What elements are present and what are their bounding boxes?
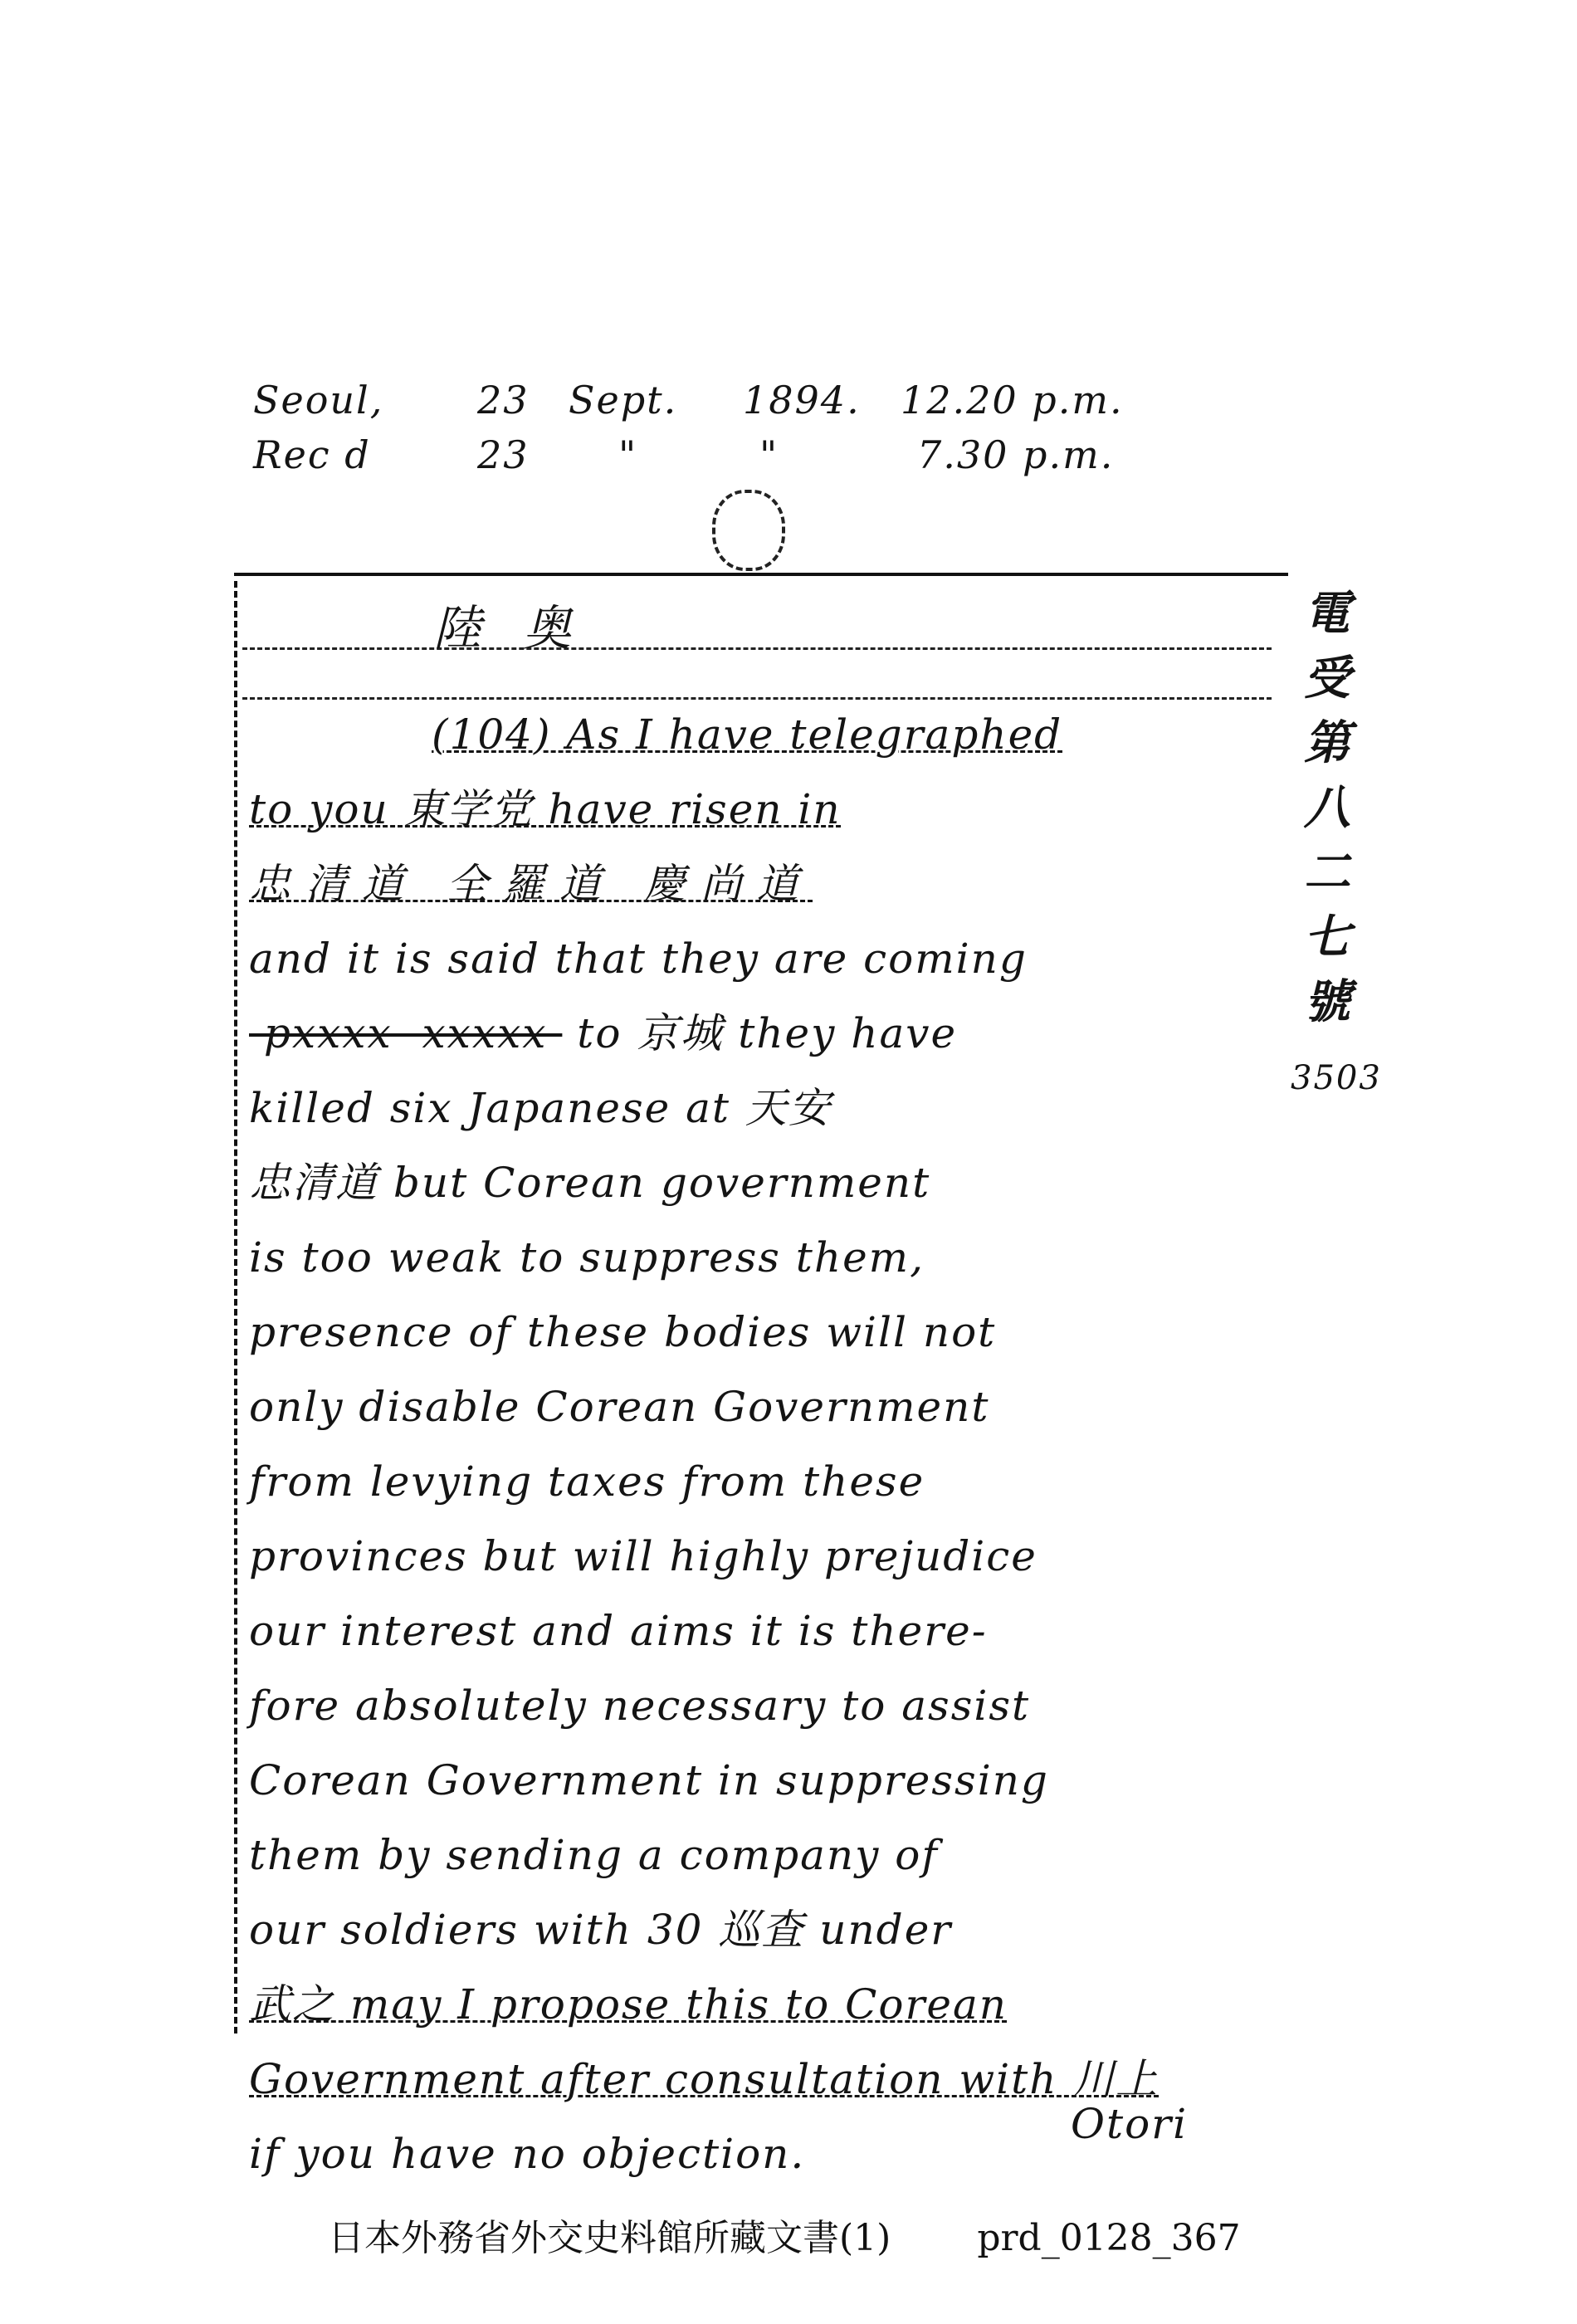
sent-month: Sept. [569,378,677,422]
received-ditto-year: " [759,432,779,477]
form-top-rule [234,573,1288,576]
sent-place: Seoul, [253,378,383,422]
body-line: from levying taxes from these [249,1444,1295,1519]
collection-name: 日本外務省外交史料館所藏文書(1) [328,2217,891,2259]
note-char: 八 [1299,775,1357,840]
body-line: 忠清道 but Corean government [249,1145,1295,1220]
body-line: 忠清道 全羅道 慶尚道 [249,847,1295,921]
form-left-rule [234,581,237,2033]
note-char: 號 [1299,969,1357,1034]
form-rule [242,647,1272,650]
sent-year: 1894. [743,378,861,422]
sent-time: 12.20 p.m. [901,378,1124,422]
note-char: 七 [1299,905,1357,969]
received-line: Rec d 23 " " 7.30 p.m. [253,432,1291,487]
note-char: 二 [1299,840,1357,905]
received-ditto-month: " [618,432,637,477]
body-line: presence of these bodies will not [249,1295,1295,1369]
body-line: to you 東学党 have risen in [249,772,1295,847]
received-day: 23 [477,432,530,477]
body-line: (104) As I have telegraphed [249,697,1295,772]
note-char: 電 [1299,581,1357,646]
received-label: Rec d [253,432,371,477]
right-margin-note: 電 受 第 八 二 七 號 3503 [1299,581,1357,1111]
note-char: 受 [1299,646,1357,710]
telegram-body: (104) As I have telegraphed to you 東学党 h… [249,697,1295,2191]
signature: Otori [1071,2100,1188,2148]
body-line: and it is said that they are coming [249,921,1295,996]
telegram-form: 陸奥 (104) As I have telegraphed to you 東学… [234,573,1288,2033]
body-line: them by sending a company of [249,1818,1295,1892]
telegram-header: Seoul, 23 Sept. 1894. 12.20 p.m. Rec d 2… [253,378,1291,487]
body-line: Corean Government in suppressing [249,1743,1295,1818]
body-line: 武之 may I propose this to Corean [249,1967,1295,2042]
seal-stamp-icon [712,490,785,571]
body-line: provinces but will highly prejudice [249,1519,1295,1594]
note-char: 第 [1299,710,1357,775]
note-number: 3503 [1291,1046,1357,1111]
sent-line: Seoul, 23 Sept. 1894. 12.20 p.m. [253,378,1291,432]
document-reference: prd_0128_367 [977,2217,1240,2259]
body-line: our soldiers with 30 巡査 under [249,1892,1295,1967]
body-line: only disable Corean Government [249,1369,1295,1444]
archive-footer: 日本外務省外交史料館所藏文書(1) prd_0128_367 [328,2208,1241,2261]
received-time: 7.30 p.m. [917,432,1114,477]
body-line: is too weak to suppress them, [249,1220,1295,1295]
body-line: fore absolutely necessary to assist [249,1668,1295,1743]
sent-day: 23 [477,378,530,422]
body-line: killed six Japanese at 天安 [249,1071,1295,1145]
struck-out-text: pxxxx xxxxx [249,1009,562,1057]
body-line: our interest and aims it is there- [249,1594,1295,1668]
body-line: pxxxx xxxxx to 京城 they have [249,996,1295,1071]
body-line-text: to 京城 they have [577,1009,957,1057]
addressee: 陸奥 [433,589,613,659]
